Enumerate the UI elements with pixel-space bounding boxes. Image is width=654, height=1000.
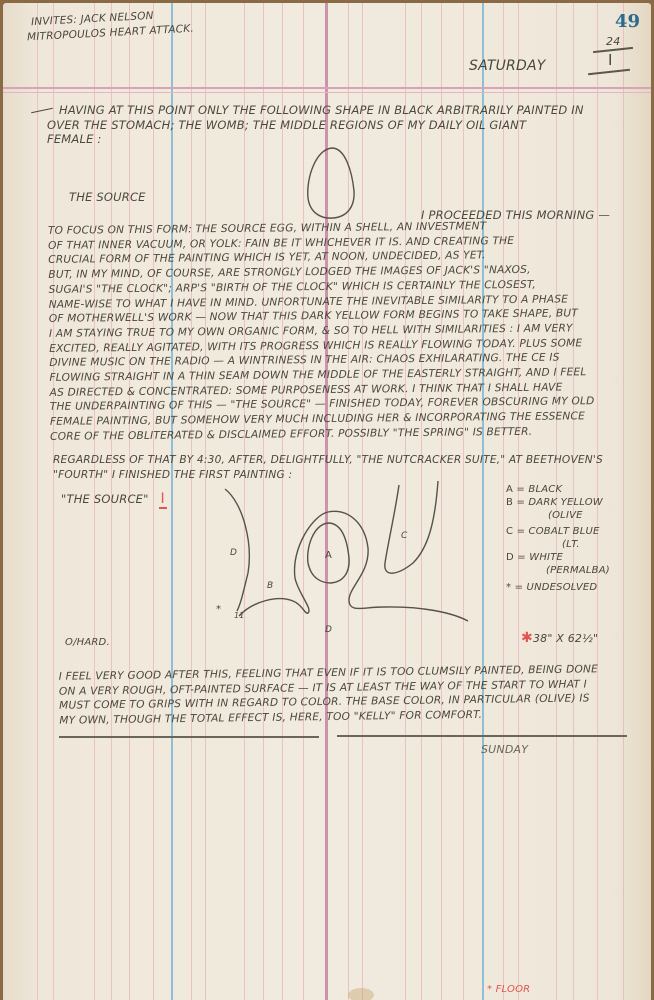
sketch-tick: 11 (234, 609, 245, 624)
sketch-label-b: B (267, 579, 273, 594)
painting-composition-sketch (225, 481, 468, 621)
sketch-label-d-left: D (230, 546, 237, 561)
notebook-page: INVITES: JACK NELSON MITROPOULOS HEART A… (3, 3, 651, 1000)
sketch-label-d-bottom: D (325, 623, 332, 638)
egg-shape-icon (308, 148, 354, 218)
sketch-star: * (216, 603, 221, 618)
sketch-label-c: C (401, 529, 407, 544)
sketch-label-a: A (325, 549, 332, 564)
sketches (3, 3, 651, 1000)
